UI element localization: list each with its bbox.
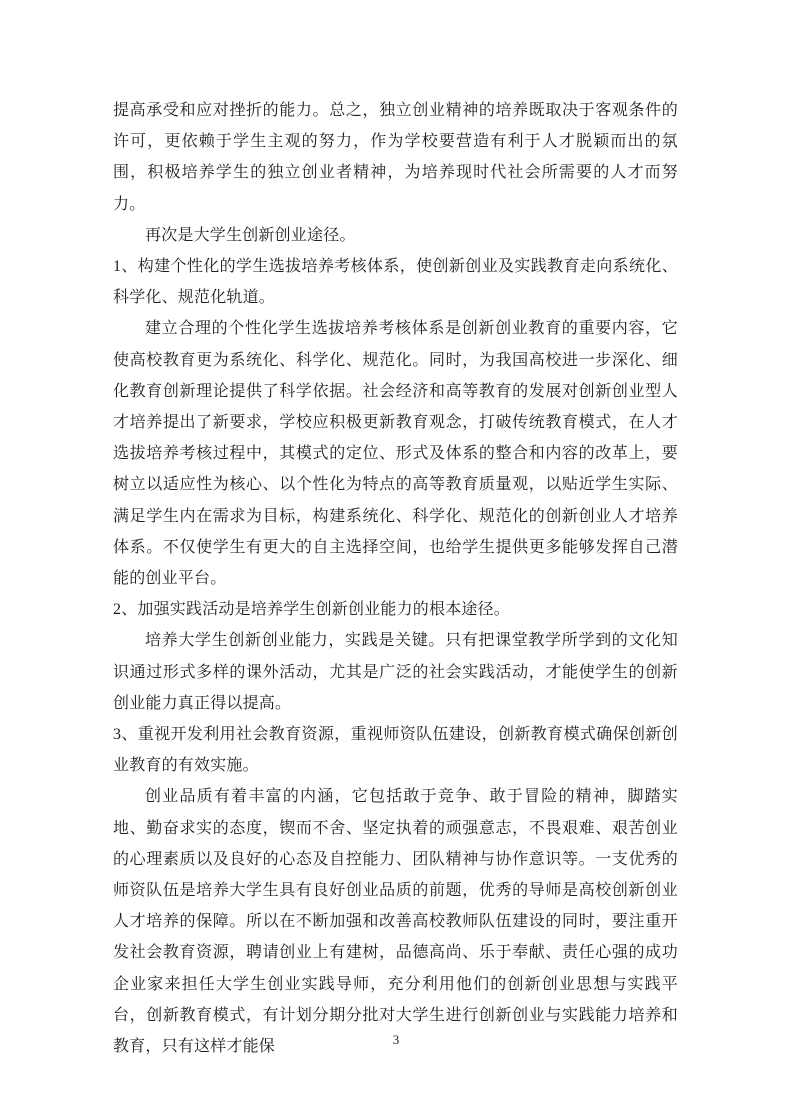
document-page: 提高承受和应对挫折的能力。总之，独立创业精神的培养既取决于客观条件的许可，更依赖…: [0, 0, 792, 1120]
paragraph-numbered-3: 3、重视开发利用社会教育资源，重视师资队伍建设，创新教育模式确保创新创业教育的有…: [113, 719, 678, 781]
paragraph-numbered-1: 1、构建个性化的学生选拔培养考核体系，使创新创业及实践教育走向系统化、科学化、规…: [113, 251, 678, 313]
document-text-body: 提高承受和应对挫折的能力。总之，独立创业精神的培养既取决于客观条件的许可，更依赖…: [113, 95, 678, 1062]
paragraph: 培养大学生创新创业能力，实践是关键。只有把课堂教学所学到的文化知识通过形式多样的…: [113, 625, 678, 719]
page-number: 3: [0, 1032, 792, 1048]
paragraph: 创业品质有着丰富的内涵，它包括敢于竞争、敢于冒险的精神，脚踏实地、勤奋求实的态度…: [113, 781, 678, 1062]
paragraph-numbered-2: 2、加强实践活动是培养学生创新创业能力的根本途径。: [113, 594, 678, 625]
paragraph: 建立合理的个性化学生选拔培养考核体系是创新创业教育的重要内容，它使高校教育更为系…: [113, 313, 678, 594]
paragraph: 提高承受和应对挫折的能力。总之，独立创业精神的培养既取决于客观条件的许可，更依赖…: [113, 95, 678, 220]
paragraph: 再次是大学生创新创业途径。: [113, 220, 678, 251]
